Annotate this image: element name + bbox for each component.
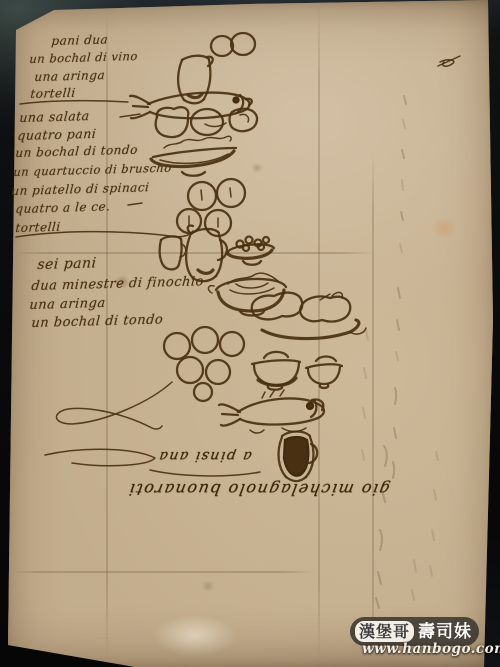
menu-line: una aringa: [34, 68, 106, 84]
menu-line: quatro a le ce.: [15, 199, 111, 216]
watermark-url: www.hanbogo.com: [362, 641, 500, 657]
watermark-badge-right: 壽司妹: [418, 622, 472, 642]
signature-flourish-line: a pinsi ana: [157, 448, 253, 464]
photo-watermark: 漢堡哥 壽司妹 www.hanbogo.com: [350, 617, 500, 657]
menu-line: sei pani: [37, 255, 97, 273]
watermark-badge-left: 漢堡哥: [355, 621, 414, 642]
menu-line: una salata: [19, 108, 90, 125]
menu-line: pani dua: [51, 32, 109, 48]
menu-line: una aringa: [29, 296, 106, 313]
menu-line: tortelli: [30, 86, 76, 101]
menu-line: tortelli: [15, 220, 61, 235]
manuscript-paper: [0, 0, 500, 667]
signature-name-line: gio michelagnolo buonaroti: [126, 480, 391, 499]
menu-line: quatro pani: [17, 126, 97, 143]
